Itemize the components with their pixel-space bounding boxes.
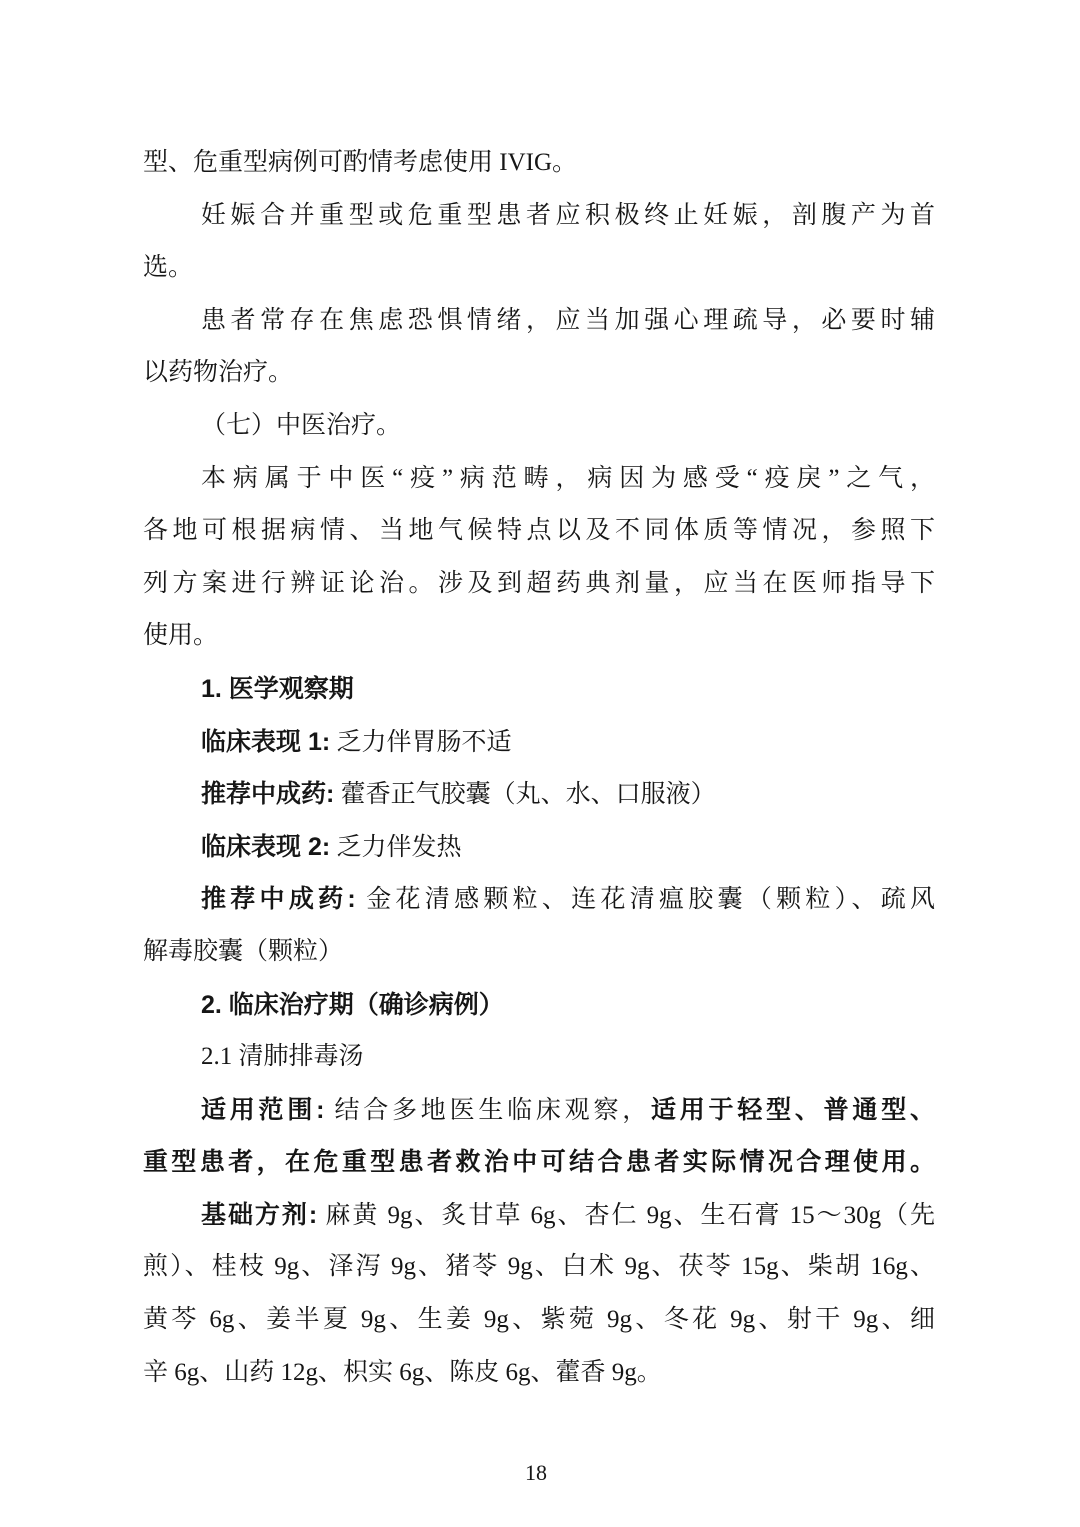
text-line-12: 临床表现 1: 乏力伴胃肠不适 bbox=[143, 716, 935, 769]
text-line-11: 1. 医学观察期 bbox=[143, 663, 935, 716]
text-line-18: 2.1 清肺排毒汤 bbox=[143, 1031, 935, 1084]
text-segment: 乏力伴胃肠不适 bbox=[330, 729, 511, 756]
text-line-2: 妊娠合并重型或危重型患者应积极终止妊娠，剖腹产为首 bbox=[143, 190, 935, 243]
text-line-3: 选。 bbox=[143, 242, 935, 295]
text-line-4: 患者常存在焦虑恐惧情绪，应当加强心理疏导，必要时辅 bbox=[143, 295, 935, 348]
text-segment: 以药物治疗。 bbox=[143, 359, 293, 386]
text-line-13: 推荐中成药: 藿香正气胶囊（丸、水、口服液） bbox=[143, 768, 935, 821]
bold-text-segment: 临床表现 1: bbox=[201, 728, 330, 756]
text-segment: 使用。 bbox=[143, 622, 218, 649]
bold-text-segment: 2. 临床治疗期（确诊病例） bbox=[201, 991, 504, 1019]
text-line-24: 辛 6g、山药 12g、枳实 6g、陈皮 6g、藿香 9g。 bbox=[143, 1347, 935, 1400]
text-segment: 麻黄 9g、炙甘草 6g、杏仁 9g、生石膏 15～30g（先 bbox=[317, 1202, 935, 1229]
bold-text-segment: 推荐中成药: bbox=[201, 885, 356, 913]
text-line-16: 解毒胶囊（颗粒） bbox=[143, 926, 935, 979]
text-line-15: 推荐中成药: 金花清感颗粒、连花清瘟胶囊（颗粒）、疏风 bbox=[143, 873, 935, 926]
text-line-19: 适用范围: 结合多地医生临床观察，适用于轻型、普通型、 bbox=[143, 1084, 935, 1137]
text-line-10: 使用。 bbox=[143, 610, 935, 663]
bold-text-segment: 适用于轻型、普通型、 bbox=[651, 1096, 935, 1124]
text-segment: 结合多地医生临床观察， bbox=[324, 1097, 651, 1124]
text-segment: 黄芩 6g、姜半夏 9g、生姜 9g、紫菀 9g、冬花 9g、射干 9g、细 bbox=[143, 1306, 935, 1333]
text-segment: 乏力伴发热 bbox=[330, 834, 461, 861]
document-page: 型、危重型病例可酌情考虑使用 IVIG。妊娠合并重型或危重型患者应积极终止妊娠，… bbox=[0, 0, 1080, 1527]
text-segment: 2.1 清肺排毒汤 bbox=[201, 1043, 364, 1070]
page-number: 18 bbox=[0, 1458, 1072, 1488]
text-segment: 煎）、桂枝 9g、泽泻 9g、猪苓 9g、白术 9g、茯苓 15g、柴胡 16g… bbox=[143, 1253, 935, 1280]
text-segment: 列方案进行辨证论治。涉及到超药典剂量，应当在医师指导下 bbox=[143, 570, 935, 597]
text-segment: 选。 bbox=[143, 254, 193, 281]
bold-text-segment: 临床表现 2: bbox=[201, 833, 330, 861]
text-segment: （七）中医治疗。 bbox=[201, 412, 401, 439]
text-line-17: 2. 临床治疗期（确诊病例） bbox=[143, 979, 935, 1032]
text-segment: 各地可根据病情、当地气候特点以及不同体质等情况，参照下 bbox=[143, 517, 935, 544]
document-body: 型、危重型病例可酌情考虑使用 IVIG。妊娠合并重型或危重型患者应积极终止妊娠，… bbox=[143, 137, 935, 1399]
text-line-23: 黄芩 6g、姜半夏 9g、生姜 9g、紫菀 9g、冬花 9g、射干 9g、细 bbox=[143, 1294, 935, 1347]
bold-text-segment: 1. 医学观察期 bbox=[201, 675, 354, 703]
text-segment: 藿香正气胶囊（丸、水、口服液） bbox=[334, 781, 715, 808]
text-line-21: 基础方剂: 麻黄 9g、炙甘草 6g、杏仁 9g、生石膏 15～30g（先 bbox=[143, 1189, 935, 1242]
text-segment: 妊娠合并重型或危重型患者应积极终止妊娠，剖腹产为首 bbox=[201, 202, 935, 229]
text-line-14: 临床表现 2: 乏力伴发热 bbox=[143, 821, 935, 874]
text-line-1: 型、危重型病例可酌情考虑使用 IVIG。 bbox=[143, 137, 935, 190]
text-segment: 金花清感颗粒、连花清瘟胶囊（颗粒）、疏风 bbox=[356, 886, 935, 913]
bold-text-segment: 适用范围: bbox=[201, 1096, 324, 1124]
text-segment: 解毒胶囊（颗粒） bbox=[143, 938, 343, 965]
text-line-22: 煎）、桂枝 9g、泽泻 9g、猪苓 9g、白术 9g、茯苓 15g、柴胡 16g… bbox=[143, 1241, 935, 1294]
text-segment: 型、危重型病例可酌情考虑使用 IVIG。 bbox=[143, 149, 577, 176]
text-segment: 辛 6g、山药 12g、枳实 6g、陈皮 6g、藿香 9g。 bbox=[143, 1359, 662, 1386]
text-segment: 本病属于中医“疫”病范畴，病因为感受“疫戾”之气， bbox=[201, 465, 935, 492]
text-line-20: 重型患者，在危重型患者救治中可结合患者实际情况合理使用。 bbox=[143, 1136, 935, 1189]
text-line-9: 列方案进行辨证论治。涉及到超药典剂量，应当在医师指导下 bbox=[143, 558, 935, 611]
text-line-8: 各地可根据病情、当地气候特点以及不同体质等情况，参照下 bbox=[143, 505, 935, 558]
bold-text-segment: 推荐中成药: bbox=[201, 780, 334, 808]
text-line-5: 以药物治疗。 bbox=[143, 347, 935, 400]
text-line-7: 本病属于中医“疫”病范畴，病因为感受“疫戾”之气， bbox=[143, 453, 935, 506]
bold-text-segment: 重型患者，在危重型患者救治中可结合患者实际情况合理使用。 bbox=[143, 1148, 935, 1176]
text-segment: 患者常存在焦虑恐惧情绪，应当加强心理疏导，必要时辅 bbox=[201, 307, 935, 334]
text-line-6: （七）中医治疗。 bbox=[143, 400, 935, 453]
bold-text-segment: 基础方剂: bbox=[201, 1201, 317, 1229]
